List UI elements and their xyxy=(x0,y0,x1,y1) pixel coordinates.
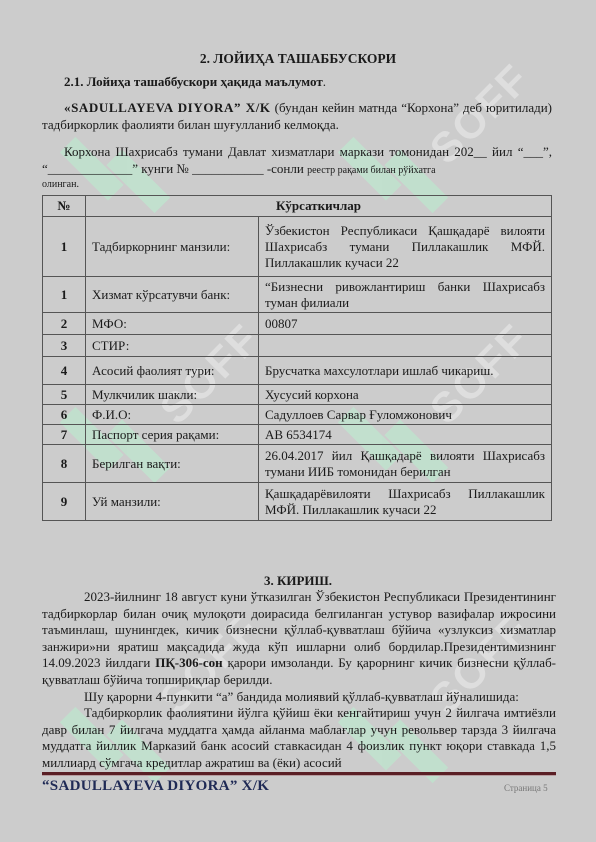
section-2-1-period: . xyxy=(323,74,326,89)
table-row: 8Берилган вақти:26.04.2017 йил Қашқадарё… xyxy=(43,445,552,483)
section-3-heading: 3. КИРИШ. xyxy=(0,573,596,589)
row-label: Ф.И.О: xyxy=(86,405,259,425)
table-row: 5Мулкчилик шакли:Хусусий корхона xyxy=(43,385,552,405)
row-value: Брусчатка махсулотлари ишлаб чикариш. xyxy=(259,357,552,385)
section-2-1-heading: 2.1. Лойиҳа ташаббускори ҳақида маълумот… xyxy=(64,74,326,90)
table-row: 6Ф.И.О:Садуллоев Сарвар Ғуломжонович xyxy=(43,405,552,425)
company-name: «SADULLAYEVA DIYORA” X/K xyxy=(64,100,271,115)
row-number: 8 xyxy=(43,445,86,483)
table-row: 2МФО:00807 xyxy=(43,313,552,335)
indicators-table: № Кўрсаткичлар 1Тадбиркорнинг манзили:Ўз… xyxy=(42,195,552,521)
row-value: Қашқадарёвилояти Шахрисабз Пиллакашлик М… xyxy=(259,483,552,521)
registration-paragraph: Корхона Шахрисабз тумани Давлат хизматла… xyxy=(42,143,552,179)
section-3-body: 2023-йилнинг 18 август куни ўтказилган Ў… xyxy=(42,589,556,772)
row-number: 9 xyxy=(43,483,86,521)
row-number: 6 xyxy=(43,405,86,425)
registration-tail: олинган. xyxy=(42,176,552,193)
row-value xyxy=(259,335,552,357)
row-label: МФО: xyxy=(86,313,259,335)
row-number: 2 xyxy=(43,313,86,335)
row-label: Берилган вақти: xyxy=(86,445,259,483)
section-2-heading: 2. ЛОЙИҲА ТАШАББУСКОРИ xyxy=(0,51,596,67)
row-label: Тадбиркорнинг манзили: xyxy=(86,217,259,277)
table-row: 1Тадбиркорнинг манзили:Ўзбекистон Респуб… xyxy=(43,217,552,277)
table-header-row: № Кўрсаткичлар xyxy=(43,196,552,217)
header-indicators: Кўрсаткичлар xyxy=(86,196,552,217)
row-label: СТИР: xyxy=(86,335,259,357)
registration-text: Корхона Шахрисабз тумани Давлат хизматла… xyxy=(42,144,552,176)
decree-number: ПҚ-306-сон xyxy=(155,655,222,670)
table-row: 3СТИР: xyxy=(43,335,552,357)
row-value: Хусусий корхона xyxy=(259,385,552,405)
table-row: 7Паспорт серия рақами:АВ 6534174 xyxy=(43,425,552,445)
row-number: 4 xyxy=(43,357,86,385)
row-number: 7 xyxy=(43,425,86,445)
row-value: 00807 xyxy=(259,313,552,335)
row-value: АВ 6534174 xyxy=(259,425,552,445)
row-label: Паспорт серия рақами: xyxy=(86,425,259,445)
row-number: 3 xyxy=(43,335,86,357)
row-number: 5 xyxy=(43,385,86,405)
registration-small-text: реестр рақами билан рўйхатга xyxy=(307,165,436,176)
section-3-paragraph-2: Шу қарорни 4-пункити “а” бандида молияви… xyxy=(42,689,556,706)
page-number: Страница 5 xyxy=(504,783,548,793)
row-label: Уй манзили: xyxy=(86,483,259,521)
table-row: 4Асосий фаолият тури:Брусчатка махсулотл… xyxy=(43,357,552,385)
row-value: “Бизнесни ривожлантириш банки Шахрисабз … xyxy=(259,277,552,313)
intro-paragraph: «SADULLAYEVA DIYORA” X/K (бундан кейин м… xyxy=(42,99,552,133)
footer-company: “SADULLAYEVA DIYORA” X/K xyxy=(42,778,269,795)
table-row: 1Хизмат кўрсатувчи банк:“Бизнесни ривожл… xyxy=(43,277,552,313)
table-row: 9Уй манзили:Қашқадарёвилояти Шахрисабз П… xyxy=(43,483,552,521)
section-2-1-title: 2.1. Лойиҳа ташаббускори ҳақида маълумот xyxy=(64,74,323,89)
row-number: 1 xyxy=(43,277,86,313)
footer-divider xyxy=(42,772,556,776)
document-page: SOFF SOFF SOFF SOFF SOFF 2. ЛОЙИҲА ТАШАБ… xyxy=(0,0,596,842)
section-3-paragraph-3: Тадбиркорлик фаолиятини йўлга қўйиш ёки … xyxy=(42,705,556,771)
row-value: Ўзбекистон Республикаси Қашқадарё вилоят… xyxy=(259,217,552,277)
row-value: 26.04.2017 йил Қашқадарё вилояти Шахриса… xyxy=(259,445,552,483)
row-label: Хизмат кўрсатувчи банк: xyxy=(86,277,259,313)
row-label: Асосий фаолият тури: xyxy=(86,357,259,385)
row-value: Садуллоев Сарвар Ғуломжонович xyxy=(259,405,552,425)
row-label: Мулкчилик шакли: xyxy=(86,385,259,405)
header-number: № xyxy=(43,196,86,217)
row-number: 1 xyxy=(43,217,86,277)
section-3-paragraph-1: 2023-йилнинг 18 август куни ўтказилган Ў… xyxy=(42,589,556,689)
